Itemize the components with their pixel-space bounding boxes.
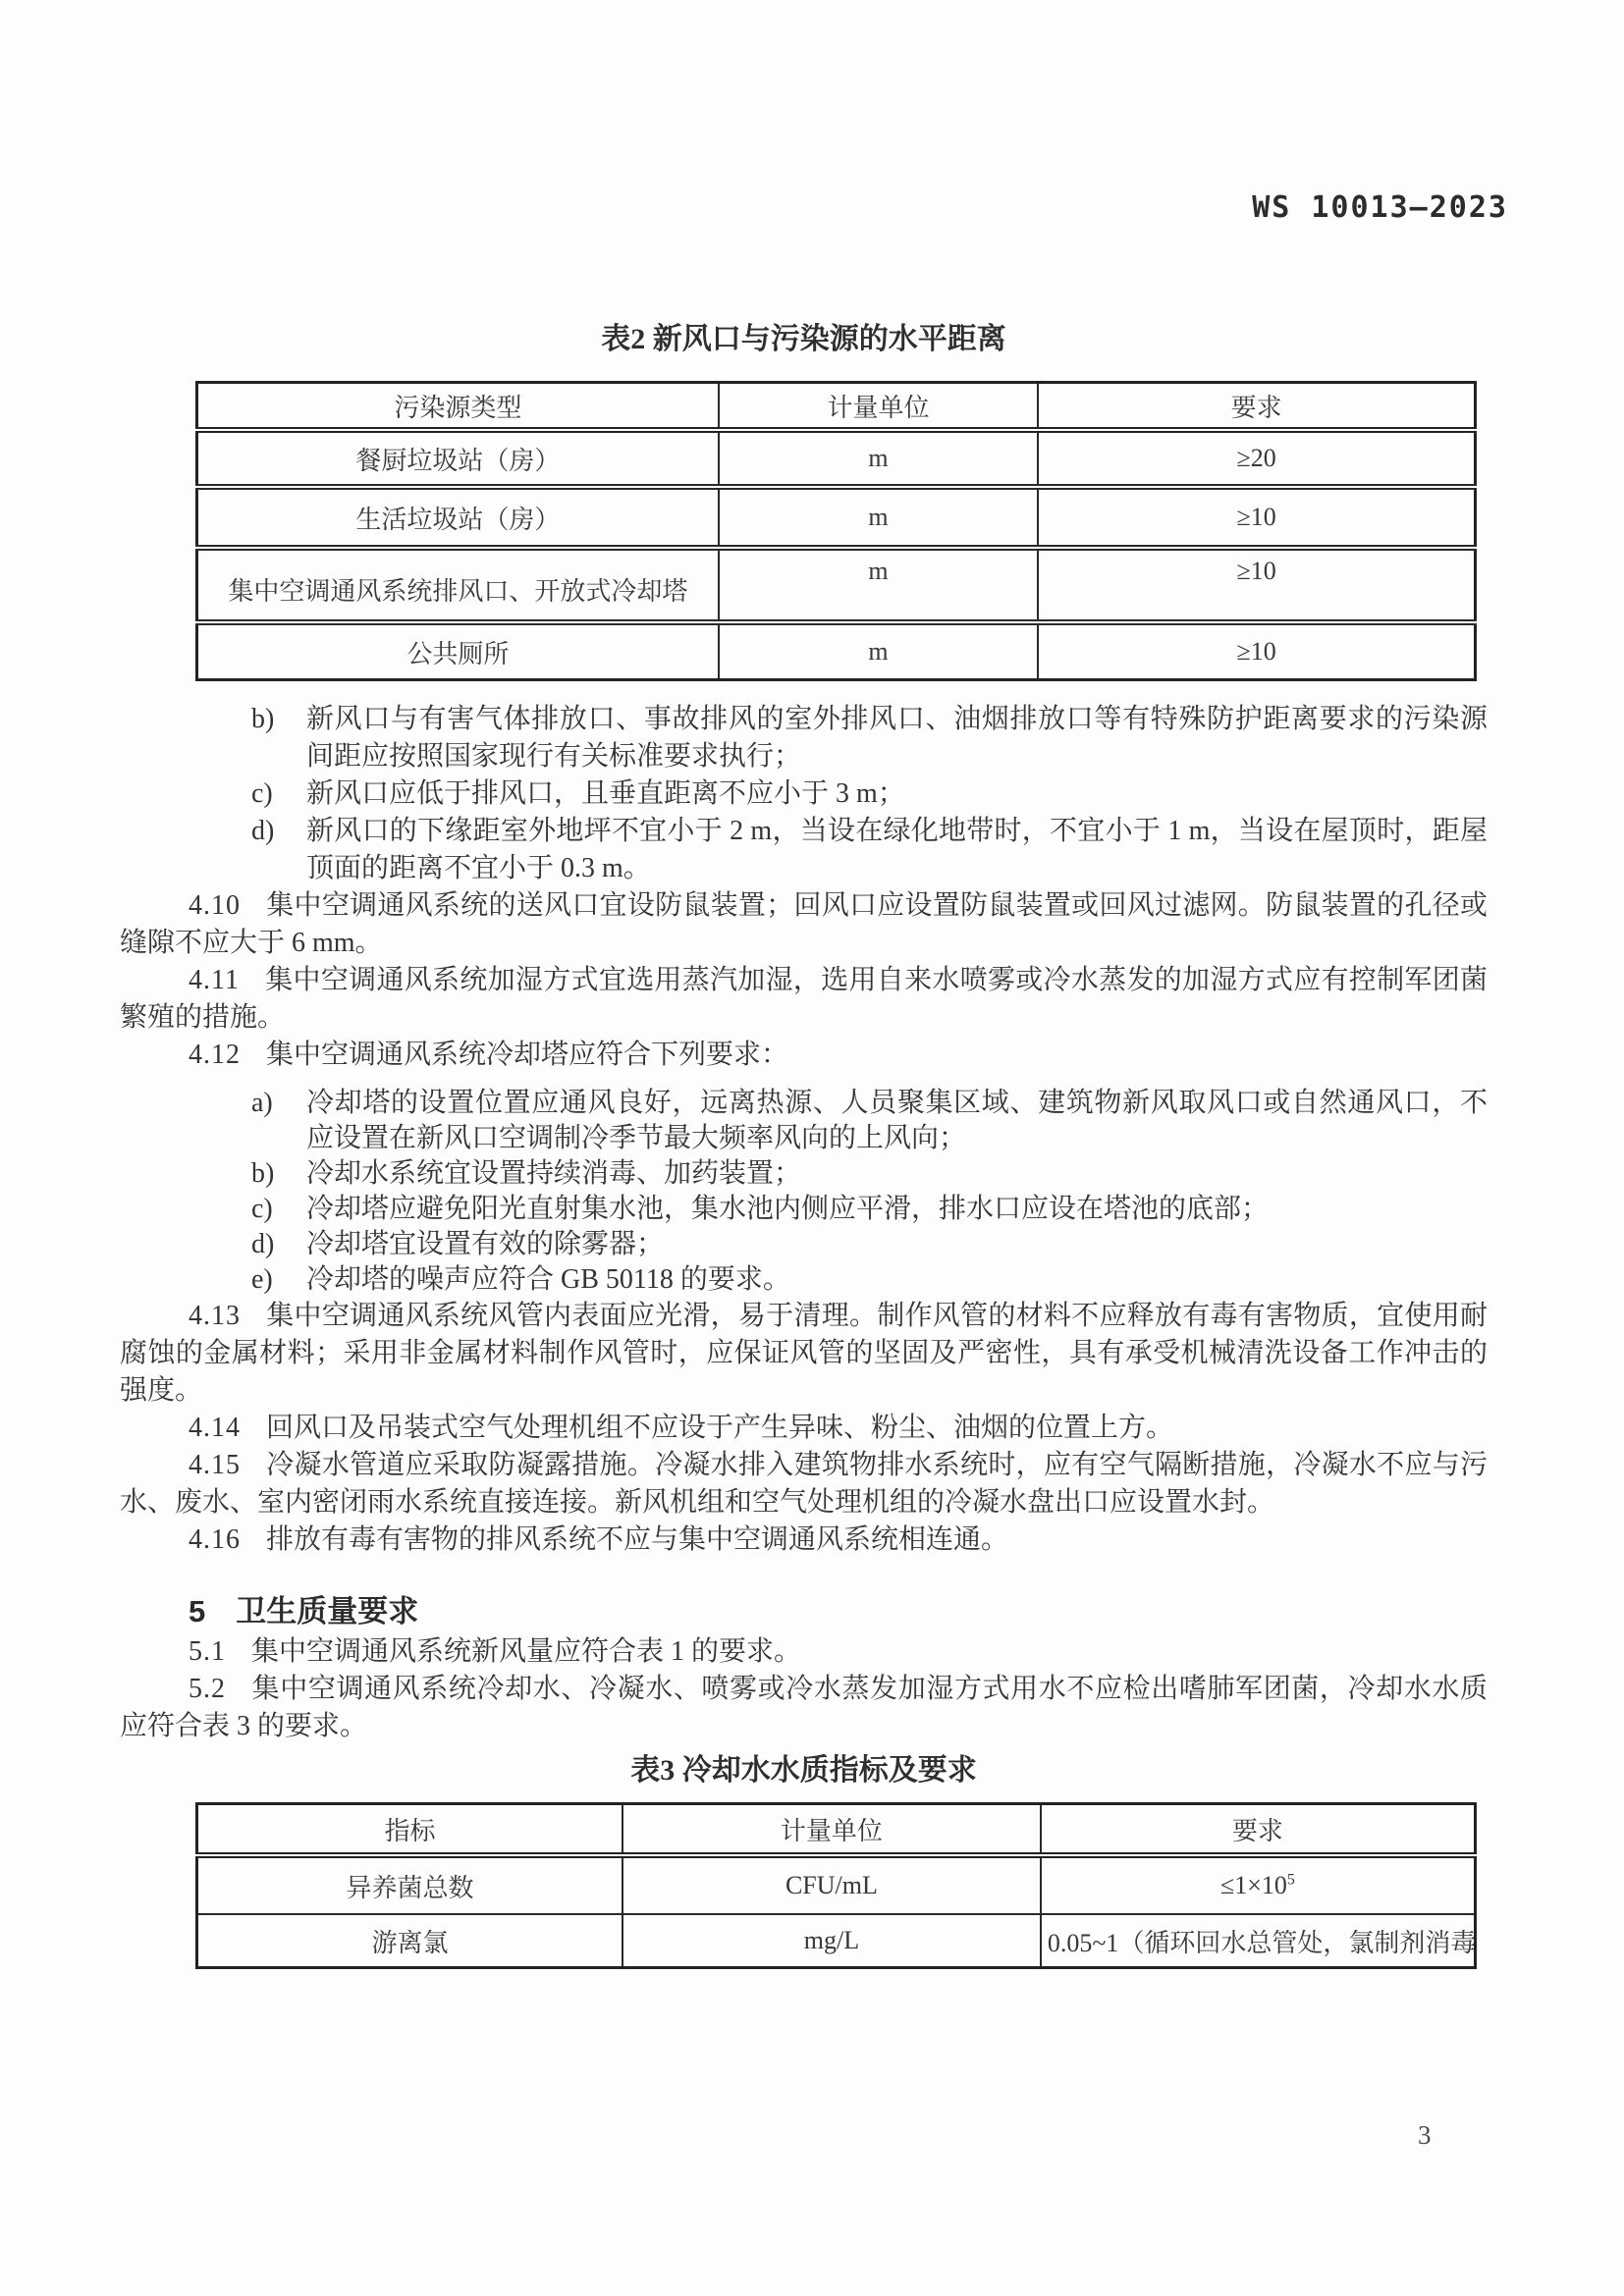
clause-4-13: 4.13集中空调通风系统风管内表面应光滑，易于清理。制作风管的材料不应释放有毒有… (120, 1298, 1488, 1410)
list-item: e) 冷却塔的噪声应符合 GB 50118 的要求。 (251, 1262, 1488, 1298)
table-row: 集中空调通风系统排风口、开放式冷却塔 m ≥10 (197, 548, 1476, 622)
clause-text: 集中空调通风系统新风量应符合表 1 的要求。 (251, 1636, 801, 1667)
table3-col-requirement: 要求 (1041, 1804, 1476, 1856)
page-number: 3 (1418, 2120, 1432, 2151)
clause-number: 4.16 (189, 1522, 241, 1559)
clause-number: 4.12 (189, 1037, 241, 1074)
list-item-text: 新风口与有害气体排放口、事故排风的室外排风口、油烟排放口等有特殊防护距离要求的污… (306, 701, 1488, 775)
page-content: 表2 新风口与污染源的水平距离 污染源类型 计量单位 要求 餐厨垃圾站（房） m… (120, 0, 1488, 1969)
clause-text: 集中空调通风系统冷却水、冷凝水、喷雾或冷水蒸发加湿方式用水不应检出嗜肺军团菌，冷… (120, 1674, 1488, 1741)
table3: 指标 计量单位 要求 异养菌总数 CFU/mL ≤1×105 游离氯 mg/L … (195, 1802, 1477, 1969)
list-item-text: 新风口应低于排风口，且垂直距离不应小于 3 m； (306, 775, 1488, 813)
clause-number: 4.13 (189, 1298, 241, 1335)
table-row: 游离氯 mg/L 0.05~1（循环回水总管处，氯制剂消毒时） (197, 1914, 1476, 1968)
list-item-text: 冷却塔宜设置有效的除雾器； (306, 1227, 1488, 1262)
clause-5-1: 5.1集中空调通风系统新风量应符合表 1 的要求。 (120, 1633, 1488, 1671)
section-number: 5 (189, 1590, 206, 1633)
list-item-text: 冷却水系统宜设置持续消毒、加药装置； (306, 1156, 1488, 1192)
clause-text: 排放有毒有害物的排风系统不应与集中空调通风系统相连通。 (266, 1524, 1008, 1555)
clause-4-10: 4.10集中空调通风系统的送风口宜设防鼠装置；回风口应设置防鼠装置或回风过滤网。… (120, 887, 1488, 962)
clause-number: 5.2 (189, 1671, 226, 1708)
table-row: 餐厨垃圾站（房） m ≥20 (197, 430, 1476, 487)
cell-indicator: 游离氯 (197, 1914, 623, 1968)
cell-source-type: 餐厨垃圾站（房） (197, 430, 719, 487)
cooling-tower-requirements-list: a) 冷却塔的设置位置应通风良好，远离热源、人员聚集区域、建筑物新风取风口或自然… (251, 1086, 1488, 1298)
table3-col-indicator: 指标 (197, 1804, 623, 1856)
list-item: d) 新风口的下缘距室外地坪不宜小于 2 m，当设在绿化地带时，不宜小于 1 m… (251, 813, 1488, 887)
cell-requirement: ≥10 (1038, 487, 1475, 548)
list-item-text: 冷却塔的噪声应符合 GB 50118 的要求。 (306, 1262, 1488, 1298)
table3-col-unit: 计量单位 (623, 1804, 1041, 1856)
table2: 污染源类型 计量单位 要求 餐厨垃圾站（房） m ≥20 生活垃圾站（房） m … (195, 381, 1477, 681)
list-item: a) 冷却塔的设置位置应通风良好，远离热源、人员聚集区域、建筑物新风取风口或自然… (251, 1086, 1488, 1156)
table2-col-source-type: 污染源类型 (197, 383, 719, 431)
air-intake-distance-list: b) 新风口与有害气体排放口、事故排风的室外排风口、油烟排放口等有特殊防护距离要… (251, 701, 1488, 887)
clause-number: 4.11 (189, 962, 240, 999)
table3-caption: 表3 冷却水水质指标及要求 (120, 1751, 1488, 1790)
list-marker: a) (251, 1086, 306, 1156)
table2-col-unit: 计量单位 (719, 383, 1039, 431)
clause-4-16: 4.16排放有毒有害物的排风系统不应与集中空调通风系统相连通。 (120, 1522, 1488, 1559)
requirement-value: ≤1×10 (1220, 1871, 1287, 1899)
clause-number: 5.1 (189, 1633, 226, 1671)
list-marker: c) (251, 775, 306, 813)
list-marker: b) (251, 1156, 306, 1192)
cell-indicator: 异养菌总数 (197, 1855, 623, 1914)
table-row: 公共厕所 m ≥10 (197, 622, 1476, 680)
clause-4-15: 4.15冷凝水管道应采取防凝露措施。冷凝水排入建筑物排水系统时，应有空气隔断措施… (120, 1447, 1488, 1522)
table-row: 异养菌总数 CFU/mL ≤1×105 (197, 1855, 1476, 1914)
cell-unit: CFU/mL (623, 1855, 1041, 1914)
clause-text: 回风口及吊装式空气处理机组不应设于产生异味、粉尘、油烟的位置上方。 (266, 1413, 1173, 1443)
list-item: b) 冷却水系统宜设置持续消毒、加药装置； (251, 1156, 1488, 1192)
cell-requirement: ≤1×105 (1041, 1855, 1476, 1914)
cell-source-type: 生活垃圾站（房） (197, 487, 719, 548)
clause-text: 集中空调通风系统冷却塔应符合下列要求： (266, 1040, 788, 1070)
list-marker: e) (251, 1262, 306, 1298)
list-item-text: 冷却塔应避免阳光直射集水池，集水池内侧应平滑，排水口应设在塔池的底部； (306, 1192, 1488, 1227)
cell-unit: m (719, 548, 1039, 622)
clause-text: 集中空调通风系统风管内表面应光滑，易于清理。制作风管的材料不应释放有毒有害物质，… (120, 1301, 1488, 1406)
list-marker: c) (251, 1192, 306, 1227)
table-row: 生活垃圾站（房） m ≥10 (197, 487, 1476, 548)
table2-caption: 表2 新风口与污染源的水平距离 (120, 320, 1488, 359)
clause-text: 集中空调通风系统的送风口宜设防鼠装置；回风口应设置防鼠装置或回风过滤网。防鼠装置… (120, 890, 1488, 958)
section-5-heading: 5卫生质量要求 (120, 1590, 1488, 1633)
list-item: c) 冷却塔应避免阳光直射集水池，集水池内侧应平滑，排水口应设在塔池的底部； (251, 1192, 1488, 1227)
list-item: b) 新风口与有害气体排放口、事故排风的室外排风口、油烟排放口等有特殊防护距离要… (251, 701, 1488, 775)
list-marker: d) (251, 813, 306, 887)
table3-header-row: 指标 计量单位 要求 (197, 1804, 1476, 1856)
list-item: c) 新风口应低于排风口，且垂直距离不应小于 3 m； (251, 775, 1488, 813)
cell-requirement: ≥10 (1038, 548, 1475, 622)
list-marker: d) (251, 1227, 306, 1262)
clause-number: 4.14 (189, 1410, 241, 1447)
table2-col-requirement: 要求 (1038, 383, 1475, 431)
cell-requirement: ≥20 (1038, 430, 1475, 487)
list-item-text: 新风口的下缘距室外地坪不宜小于 2 m，当设在绿化地带时，不宜小于 1 m，当设… (306, 813, 1488, 887)
table2-header-row: 污染源类型 计量单位 要求 (197, 383, 1476, 431)
cell-unit: m (719, 622, 1039, 680)
cell-unit: m (719, 487, 1039, 548)
cell-requirement: ≥10 (1038, 622, 1475, 680)
clause-4-14: 4.14回风口及吊装式空气处理机组不应设于产生异味、粉尘、油烟的位置上方。 (120, 1410, 1488, 1447)
clause-text: 冷凝水管道应采取防凝露措施。冷凝水排入建筑物排水系统时，应有空气隔断措施，冷凝水… (120, 1450, 1488, 1518)
clause-5-2: 5.2集中空调通风系统冷却水、冷凝水、喷雾或冷水蒸发加湿方式用水不应检出嗜肺军团… (120, 1671, 1488, 1745)
cell-unit: mg/L (623, 1914, 1041, 1968)
cell-unit: m (719, 430, 1039, 487)
clause-4-11: 4.11集中空调通风系统加湿方式宜选用蒸汽加湿，选用自来水喷雾或冷水蒸发的加湿方… (120, 962, 1488, 1037)
clause-number: 4.15 (189, 1447, 241, 1484)
list-marker: b) (251, 701, 306, 775)
clause-number: 4.10 (189, 887, 241, 925)
requirement-exponent: 5 (1287, 1871, 1295, 1888)
list-item: d) 冷却塔宜设置有效的除雾器； (251, 1227, 1488, 1262)
clause-text: 集中空调通风系统加湿方式宜选用蒸汽加湿，选用自来水喷雾或冷水蒸发的加湿方式应有控… (120, 965, 1488, 1033)
document-page: WS 10013—2023 表2 新风口与污染源的水平距离 污染源类型 计量单位… (0, 0, 1624, 2296)
clause-4-12: 4.12集中空调通风系统冷却塔应符合下列要求： (120, 1037, 1488, 1074)
requirement-value: 0.05~1（循环回水总管处，氯制剂消毒时） (1048, 1929, 1476, 1957)
list-item-text: 冷却塔的设置位置应通风良好，远离热源、人员聚集区域、建筑物新风取风口或自然通风口… (306, 1086, 1488, 1156)
cell-requirement: 0.05~1（循环回水总管处，氯制剂消毒时） (1041, 1914, 1476, 1968)
section-title: 卫生质量要求 (236, 1594, 418, 1629)
cell-source-type: 集中空调通风系统排风口、开放式冷却塔 (197, 548, 719, 622)
cell-source-type: 公共厕所 (197, 622, 719, 680)
